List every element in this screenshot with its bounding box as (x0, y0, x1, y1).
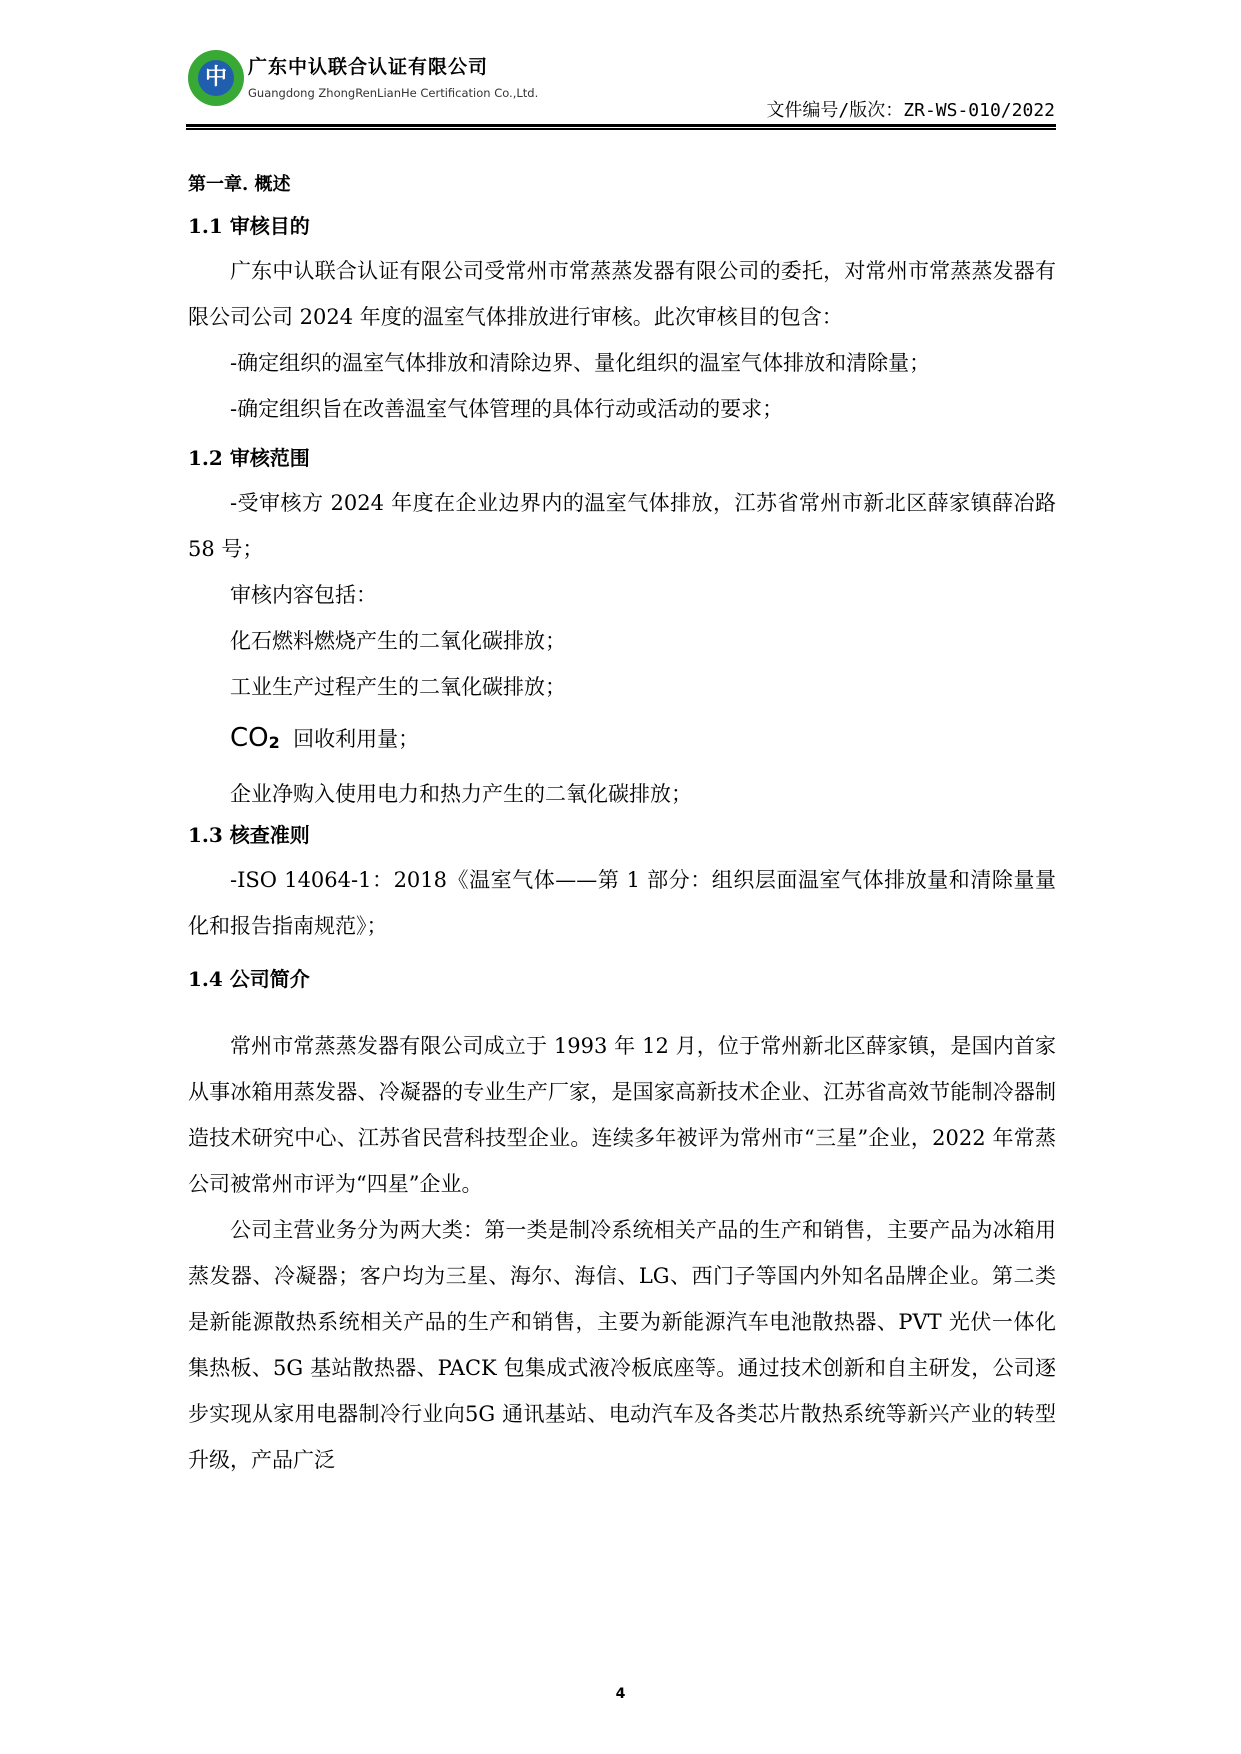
co2-text: 回收利用量； (293, 727, 419, 751)
section-title-1-3: 1.3 核查准则 (188, 817, 1056, 853)
section-title-1-4: 1.4 公司简介 (188, 961, 1056, 997)
paragraph: 工业生产过程产生的二氧化碳排放； (188, 664, 1056, 710)
co2-subscript: 2 (269, 733, 280, 752)
logo-inner: 中 (198, 60, 234, 96)
section-title-1-1: 1.1 审核目的 (188, 208, 1056, 244)
paragraph: 常州市常蒸蒸发器有限公司成立于 1993 年 12 月，位于常州新北区薛家镇，是… (188, 1023, 1056, 1207)
company-name-cn: 广东中认联合认证有限公司 (248, 52, 488, 79)
paragraph: 广东中认联合认证有限公司受常州市常蒸蒸发器有限公司的委托，对常州市常蒸蒸发器有限… (188, 248, 1056, 340)
page-number: 4 (0, 1686, 1241, 1702)
paragraph: 化石燃料燃烧产生的二氧化碳排放； (188, 618, 1056, 664)
paragraph: 企业净购入使用电力和热力产生的二氧化碳排放； (188, 771, 1056, 817)
paragraph: 公司主营业务分为两大类：第一类是制冷系统相关产品的生产和销售，主要产品为冰箱用蒸… (188, 1207, 1056, 1483)
paragraph: -ISO 14064-1：2018《温室气体——第 1 部分：组织层面温室气体排… (188, 857, 1056, 949)
company-logo-icon: 中 (188, 50, 244, 106)
co2-paragraph: CO2 回收利用量； (188, 710, 1056, 771)
header-divider (186, 124, 1056, 131)
co2-formula: CO2 (230, 723, 280, 753)
document-body: 第一章. 概述 1.1 审核目的 广东中认联合认证有限公司受常州市常蒸蒸发器有限… (188, 170, 1056, 1483)
page-header: 中 广东中认联合认证有限公司 Guangdong ZhongRenLianHe … (0, 0, 1241, 160)
paragraph: -确定组织的温室气体排放和清除边界、量化组织的温室气体排放和清除量； (188, 340, 1056, 386)
logo-glyph: 中 (205, 67, 227, 89)
divider-line-thin (186, 128, 1056, 130)
company-name-en: Guangdong ZhongRenLianHe Certification C… (248, 86, 538, 100)
co2-label: CO (230, 723, 269, 753)
section-title-1-2: 1.2 审核范围 (188, 440, 1056, 476)
paragraph: 审核内容包括： (188, 572, 1056, 618)
chapter-title: 第一章. 概述 (188, 170, 1056, 200)
document-number: 文件编号/版次：ZR-WS-010/2022 (766, 96, 1055, 122)
paragraph: -确定组织旨在改善温室气体管理的具体行动或活动的要求； (188, 386, 1056, 432)
paragraph: -受审核方 2024 年度在企业边界内的温室气体排放，江苏省常州市新北区薛家镇薛… (188, 480, 1056, 572)
